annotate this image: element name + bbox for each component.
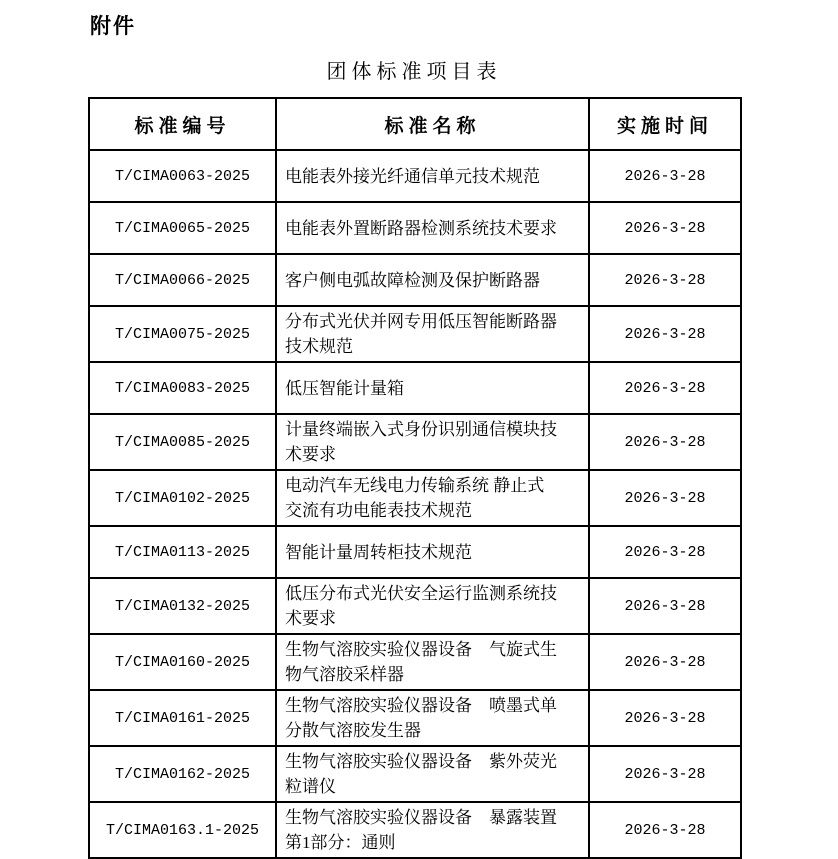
standard-name-cell: 客户侧电弧故障检测及保护断路器 xyxy=(276,254,589,306)
table-row: T/CIMA0163.1-2025生物气溶胶实验仪器设备 暴露装置 第1部分：通… xyxy=(89,802,741,858)
standard-code-cell: T/CIMA0102-2025 xyxy=(89,470,276,526)
standards-table-body: T/CIMA0063-2025电能表外接光纤通信单元技术规范2026-3-28T… xyxy=(89,150,741,858)
implementation-date-cell: 2026-3-28 xyxy=(589,802,741,858)
implementation-date-cell: 2026-3-28 xyxy=(589,746,741,802)
table-row: T/CIMA0063-2025电能表外接光纤通信单元技术规范2026-3-28 xyxy=(89,150,741,202)
standard-name-cell: 生物气溶胶实验仪器设备 喷墨式单 分散气溶胶发生器 xyxy=(276,690,589,746)
table-row: T/CIMA0083-2025低压智能计量箱2026-3-28 xyxy=(89,362,741,414)
table-row: T/CIMA0160-2025生物气溶胶实验仪器设备 气旋式生 物气溶胶采样器2… xyxy=(89,634,741,690)
table-row: T/CIMA0075-2025分布式光伏并网专用低压智能断路器 技术规范2026… xyxy=(89,306,741,362)
standard-name-cell: 生物气溶胶实验仪器设备 暴露装置 第1部分：通则 xyxy=(276,802,589,858)
page-title: 团体标准项目表 xyxy=(88,55,740,84)
standard-code-cell: T/CIMA0065-2025 xyxy=(89,202,276,254)
implementation-date-cell: 2026-3-28 xyxy=(589,526,741,578)
implementation-date-cell: 2026-3-28 xyxy=(589,578,741,634)
table-header-row: 标准编号 标准名称 实施时间 xyxy=(89,98,741,150)
standard-code-cell: T/CIMA0163.1-2025 xyxy=(89,802,276,858)
standard-name-cell: 生物气溶胶实验仪器设备 紫外荧光 粒谱仪 xyxy=(276,746,589,802)
standard-name-cell: 智能计量周转柜技术规范 xyxy=(276,526,589,578)
standard-name-cell: 低压分布式光伏安全运行监测系统技 术要求 xyxy=(276,578,589,634)
table-row: T/CIMA0065-2025电能表外置断路器检测系统技术要求2026-3-28 xyxy=(89,202,741,254)
standards-table: 标准编号 标准名称 实施时间 T/CIMA0063-2025电能表外接光纤通信单… xyxy=(88,97,742,859)
attachment-label: 附件 xyxy=(90,10,136,40)
column-header-implementation-date: 实施时间 xyxy=(589,98,741,150)
standard-code-cell: T/CIMA0160-2025 xyxy=(89,634,276,690)
column-header-standard-name: 标准名称 xyxy=(276,98,589,150)
table-row: T/CIMA0161-2025生物气溶胶实验仪器设备 喷墨式单 分散气溶胶发生器… xyxy=(89,690,741,746)
standard-code-cell: T/CIMA0162-2025 xyxy=(89,746,276,802)
implementation-date-cell: 2026-3-28 xyxy=(589,470,741,526)
standard-name-cell: 电能表外置断路器检测系统技术要求 xyxy=(276,202,589,254)
standard-name-cell: 计量终端嵌入式身份识别通信模块技 术要求 xyxy=(276,414,589,470)
table-row: T/CIMA0066-2025客户侧电弧故障检测及保护断路器2026-3-28 xyxy=(89,254,741,306)
table-row: T/CIMA0162-2025生物气溶胶实验仪器设备 紫外荧光 粒谱仪2026-… xyxy=(89,746,741,802)
table-row: T/CIMA0085-2025计量终端嵌入式身份识别通信模块技 术要求2026-… xyxy=(89,414,741,470)
table-row: T/CIMA0102-2025电动汽车无线电力传输系统 静止式 交流有功电能表技… xyxy=(89,470,741,526)
standard-name-cell: 生物气溶胶实验仪器设备 气旋式生 物气溶胶采样器 xyxy=(276,634,589,690)
standard-code-cell: T/CIMA0132-2025 xyxy=(89,578,276,634)
implementation-date-cell: 2026-3-28 xyxy=(589,362,741,414)
implementation-date-cell: 2026-3-28 xyxy=(589,202,741,254)
implementation-date-cell: 2026-3-28 xyxy=(589,254,741,306)
standard-name-cell: 电能表外接光纤通信单元技术规范 xyxy=(276,150,589,202)
document-page: 附件 团体标准项目表 标准编号 标准名称 实施时间 T/CIMA0063-202… xyxy=(0,0,838,859)
implementation-date-cell: 2026-3-28 xyxy=(589,634,741,690)
table-row: T/CIMA0113-2025智能计量周转柜技术规范2026-3-28 xyxy=(89,526,741,578)
implementation-date-cell: 2026-3-28 xyxy=(589,306,741,362)
standard-name-cell: 电动汽车无线电力传输系统 静止式 交流有功电能表技术规范 xyxy=(276,470,589,526)
implementation-date-cell: 2026-3-28 xyxy=(589,690,741,746)
column-header-standard-code: 标准编号 xyxy=(89,98,276,150)
implementation-date-cell: 2026-3-28 xyxy=(589,150,741,202)
standard-code-cell: T/CIMA0066-2025 xyxy=(89,254,276,306)
standard-name-cell: 低压智能计量箱 xyxy=(276,362,589,414)
implementation-date-cell: 2026-3-28 xyxy=(589,414,741,470)
standard-code-cell: T/CIMA0085-2025 xyxy=(89,414,276,470)
standard-code-cell: T/CIMA0161-2025 xyxy=(89,690,276,746)
standard-name-cell: 分布式光伏并网专用低压智能断路器 技术规范 xyxy=(276,306,589,362)
standard-code-cell: T/CIMA0113-2025 xyxy=(89,526,276,578)
table-row: T/CIMA0132-2025低压分布式光伏安全运行监测系统技 术要求2026-… xyxy=(89,578,741,634)
standard-code-cell: T/CIMA0063-2025 xyxy=(89,150,276,202)
standard-code-cell: T/CIMA0075-2025 xyxy=(89,306,276,362)
standard-code-cell: T/CIMA0083-2025 xyxy=(89,362,276,414)
